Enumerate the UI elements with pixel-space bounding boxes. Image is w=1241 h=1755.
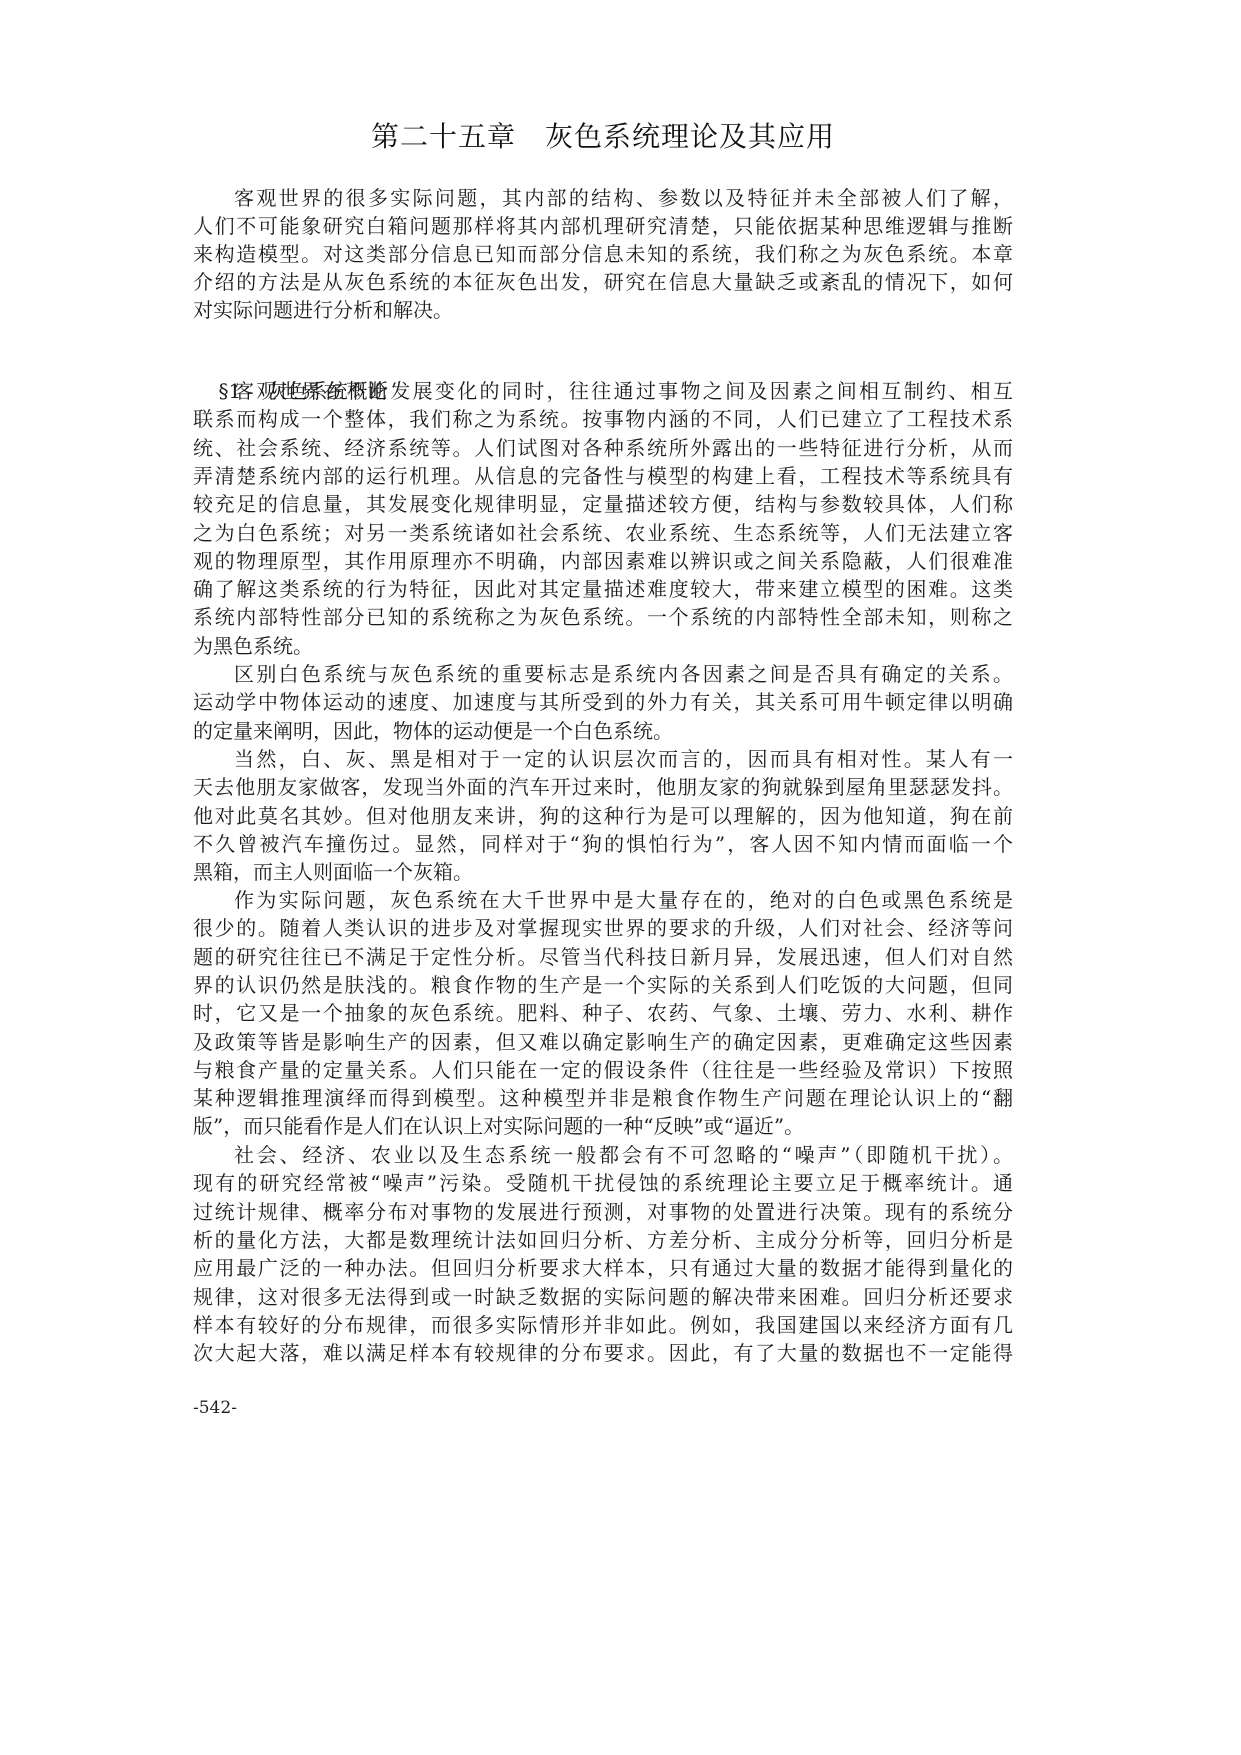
text-line: 联系而构成一个整体，我们称之为系统。按事物内涵的不同，人们已建立了工程技术系 <box>193 405 1013 433</box>
text-line: 样本有较好的分布规律，而很多实际情形并非如此。例如，我国建国以来经济方面有几 <box>193 1311 1013 1339</box>
text-line: 介绍的方法是从灰色系统的本征灰色出发，研究在信息大量缺乏或紊乱的情况下，如何 <box>193 268 1013 296</box>
text-line: 时，它又是一个抽象的灰色系统。肥料、种子、农药、气象、土壤、劳力、水利、耕作 <box>193 999 1013 1027</box>
text-line: 与粮食产量的定量关系。人们只能在一定的假设条件（往往是一些经验及常识）下按照 <box>193 1056 1013 1084</box>
text-line: 的定量来阐明，因此，物体的运动便是一个白色系统。 <box>193 717 1013 745</box>
text-line: 作为实际问题，灰色系统在大千世界中是大量存在的，绝对的白色或黑色系统是 <box>193 886 1013 914</box>
text-line: 现有的研究经常被“噪声”污染。受随机干扰侵蚀的系统理论主要立足于概率统计。通 <box>193 1169 1013 1197</box>
text-line: 观的物理原型，其作用原理亦不明确，内部因素难以辨识或之间关系隐蔽，人们很难准 <box>193 547 1013 575</box>
text-line: 区别白色系统与灰色系统的重要标志是系统内各因素之间是否具有确定的关系。 <box>193 660 1013 688</box>
text-line: 客观世界在不断发展变化的同时，往往通过事物之间及因素之间相互制约、相互 <box>193 377 1013 405</box>
text-line: 不久曾被汽车撞伤过。显然，同样对于“狗的惧怕行为”，客人因不知内情而面临一个 <box>193 830 1013 858</box>
text-line: 过统计规律、概率分布对事物的发展进行预测，对事物的处置进行决策。现有的系统分 <box>193 1198 1013 1226</box>
text-line: 某种逻辑推理演绎而得到模型。这种模型并非是粮食作物生产问题在理论认识上的“翻 <box>193 1084 1013 1112</box>
text-line: 版”，而只能看作是人们在认识上对实际问题的一种“反映”或“逼近”。 <box>193 1112 1013 1140</box>
text-line: 确了解这类系统的行为特征，因此对其定量描述难度较大，带来建立模型的困难。这类 <box>193 575 1013 603</box>
text-line: 当然，白、灰、黑是相对于一定的认识层次而言的，因而具有相对性。某人有一 <box>193 745 1013 773</box>
text-line: 为黑色系统。 <box>193 632 1013 660</box>
text-line: 对实际问题进行分析和解决。 <box>193 296 1013 324</box>
text-line: 黑箱，而主人则面临一个灰箱。 <box>193 858 1013 886</box>
text-line: 运动学中物体运动的速度、加速度与其所受到的外力有关，其关系可用牛顿定律以明确 <box>193 688 1013 716</box>
text-line: 人们不可能象研究白箱问题那样将其内部机理研究清楚，只能依据某种思维逻辑与推断 <box>193 212 1013 240</box>
text-line: 客观世界的很多实际问题，其内部的结构、参数以及特征并未全部被人们了解， <box>193 184 1013 212</box>
text-line: 统、社会系统、经济系统等。人们试图对各种系统所外露出的一些特征进行分析，从而 <box>193 434 1013 462</box>
text-line: 很少的。随着人类认识的进步及对掌握现实世界的要求的升级，人们对社会、经济等问 <box>193 914 1013 942</box>
text-line: 较充足的信息量，其发展变化规律明显，定量描述较方便，结构与参数较具体，人们称 <box>193 490 1013 518</box>
text-line: 弄清楚系统内部的运行机理。从信息的完备性与模型的构建上看，工程技术等系统具有 <box>193 462 1013 490</box>
text-line: 次大起大落，难以满足样本有较规律的分布要求。因此，有了大量的数据也不一定能得 <box>193 1339 1013 1367</box>
text-line: 他对此莫名其妙。但对他朋友来讲，狗的这种行为是可以理解的，因为他知道，狗在前 <box>193 802 1013 830</box>
text-line: 界的认识仍然是肤浅的。粮食作物的生产是一个实际的关系到人们吃饭的大问题，但同 <box>193 971 1013 999</box>
chapter-title: 第二十五章 灰色系统理论及其应用 <box>193 119 1013 155</box>
text-line: 社会、经济、农业以及生态系统一般都会有不可忽略的“噪声”（即随机干扰）。 <box>193 1141 1013 1169</box>
text-line: 题的研究往往已不满足于定性分析。尽管当代科技日新月异，发展迅速，但人们对自然 <box>193 943 1013 971</box>
section-heading: §1 灰色系统概论 <box>193 349 388 377</box>
text-line: 析的量化方法，大都是数理统计法如回归分析、方差分析、主成分分析等，回归分析是 <box>193 1226 1013 1254</box>
document-page: 第二十五章 灰色系统理论及其应用 客观世界的很多实际问题，其内部的结构、参数以及… <box>0 0 1241 1755</box>
text-line: 天去他朋友家做客，发现当外面的汽车开过来时，他朋友家的狗就躲到屋角里瑟瑟发抖。 <box>193 773 1013 801</box>
text-line: 系统内部特性部分已知的系统称之为灰色系统。一个系统的内部特性全部未知，则称之 <box>193 603 1013 631</box>
text-line: 规律，这对很多无法得到或一时缺乏数据的实际问题的解决带来困难。回归分析还要求 <box>193 1283 1013 1311</box>
text-line: 之为白色系统；对另一类系统诸如社会系统、农业系统、生态系统等，人们无法建立客 <box>193 519 1013 547</box>
page-number: -542- <box>193 1396 237 1420</box>
text-line: 应用最广泛的一种办法。但回归分析要求大样本，只有通过大量的数据才能得到量化的 <box>193 1254 1013 1282</box>
text-line: 来构造模型。对这类部分信息已知而部分信息未知的系统，我们称之为灰色系统。本章 <box>193 240 1013 268</box>
text-line: 及政策等皆是影响生产的因素，但又难以确定影响生产的确定因素，更难确定这些因素 <box>193 1028 1013 1056</box>
